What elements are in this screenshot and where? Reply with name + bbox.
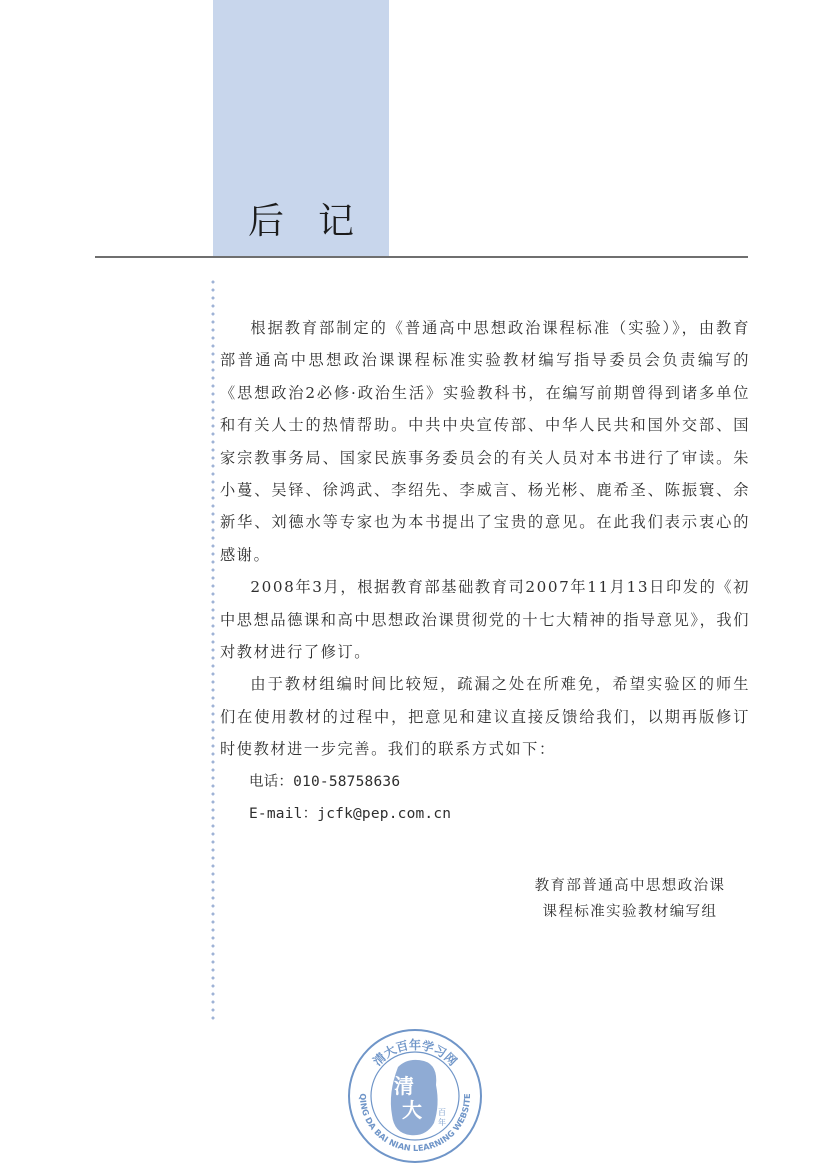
title-rule-divider [95,256,748,258]
signature-line-1: 教育部普通高中思想政治课 [500,873,760,899]
paragraph-acknowledgement: 根据教育部制定的《普通高中思想政治课程标准（实验）》，由教育部普通高中思想政治课… [220,312,750,571]
paragraph-revision: 2008年3月，根据教育部基础教育司2007年11月13日印发的《初中思想品德课… [220,571,750,668]
paragraph-feedback: 由于教材组编时间比较短，疏漏之处在所难免，希望实验区的师生们在使用教材的过程中，… [220,668,750,765]
page-title: 后记 [213,196,389,248]
contact-phone: 电话：010-58758636 [220,766,750,798]
watermark-seal-logo: 清大百年学习网 QING DA BAI NIAN LEARNING WEBSIT… [346,1027,484,1165]
signature-block: 教育部普通高中思想政治课 课程标准实验教材编写组 [500,873,760,925]
seal-icon: 清大百年学习网 QING DA BAI NIAN LEARNING WEBSIT… [346,1027,484,1165]
contact-email: E-mail：jcfk@pep.com.cn [220,798,750,830]
svg-text:百: 百 [438,1108,446,1117]
svg-text:年: 年 [438,1117,446,1127]
seal-char-2: 大 [402,1098,422,1122]
seal-char-1: 清 [394,1074,414,1098]
afterword-body: 根据教育部制定的《普通高中思想政治课程标准（实验）》，由教育部普通高中思想政治课… [220,312,750,831]
signature-line-2: 课程标准实验教材编写组 [500,899,760,925]
dotted-margin-line [211,278,215,1023]
